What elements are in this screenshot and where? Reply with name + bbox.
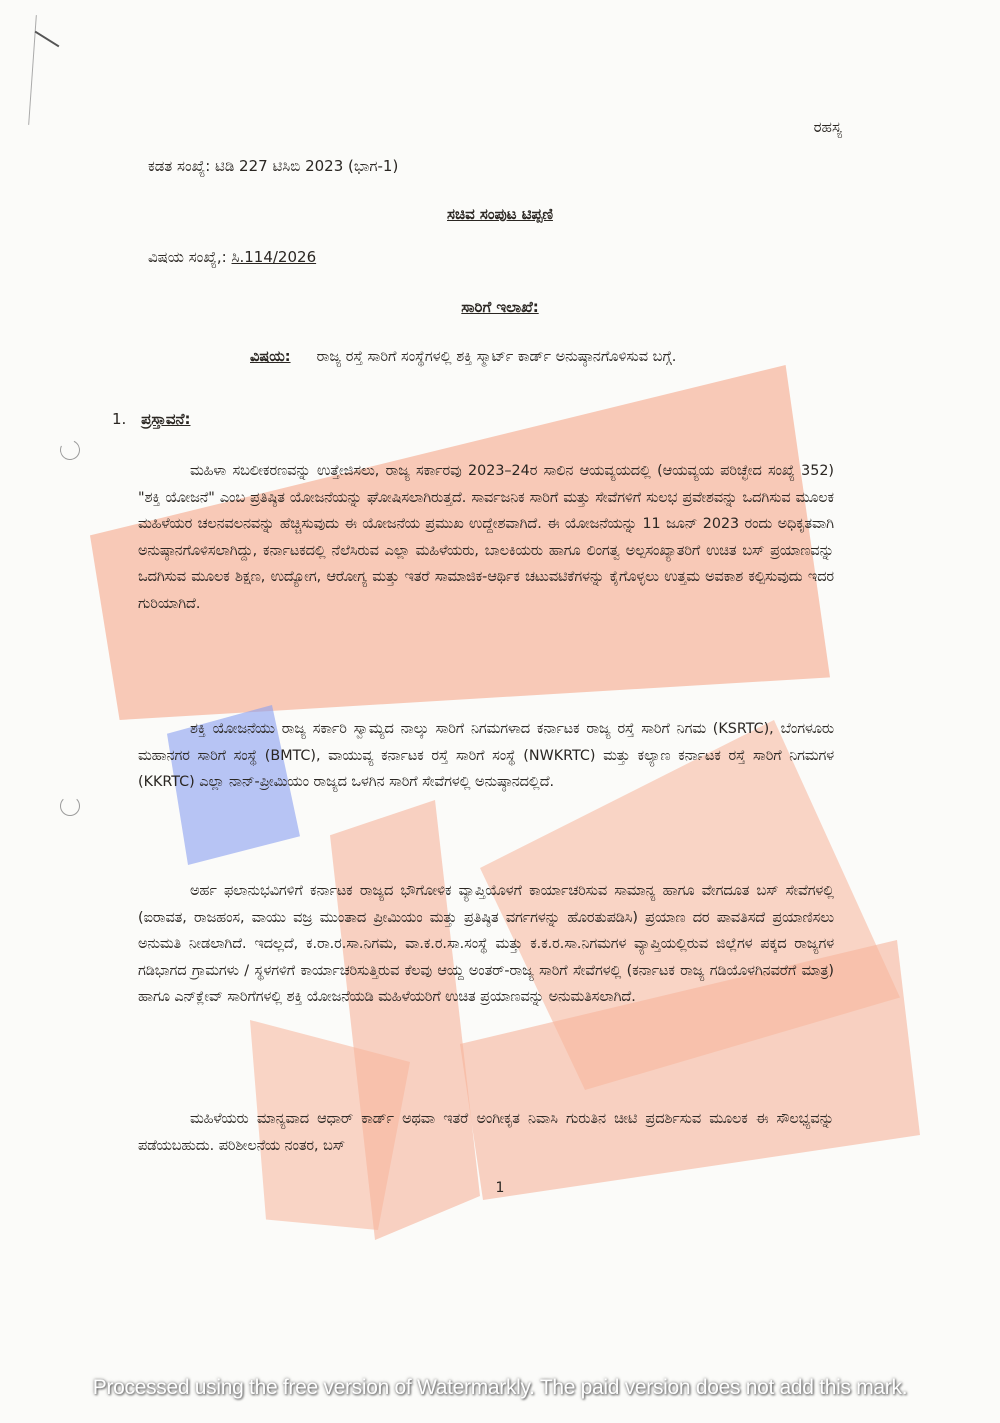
paragraph: ಶಕ್ತಿ ಯೋಜನೆಯು ರಾಜ್ಯ ಸರ್ಕಾರಿ ಸ್ವಾಮ್ಯದ ನಾಲ… [138,716,834,796]
page-number: 1 [0,1180,1000,1196]
punch-hole [57,437,83,463]
file-number: ಕಡತ ಸಂಖ್ಯೆ: ಟಿಡಿ 227 ಟಿಸಿಬಿ 2023 (ಭಾಗ-1) [148,157,398,175]
department-heading: ಸಾರಿಗೆ ಇಲಾಖೆ: [0,298,1000,316]
paragraph: ಮಹಿಳಾ ಸಬಲೀಕರಣವನ್ನು ಉತ್ತೇಜಿಸಲು, ರಾಜ್ಯ ಸರ್… [138,458,834,617]
paragraph: ಮಹಿಳೆಯರು ಮಾನ್ಯವಾದ ಆಧಾರ್ ಕಾರ್ಡ್ ಅಥವಾ ಇತರೆ… [138,1106,834,1159]
subject-line: ವಿಷಯ: ರಾಜ್ಯ ರಸ್ತೆ ಸಾರಿಗೆ ಸಂಸ್ಥೆಗಳಲ್ಲಿ ಶಕ… [250,344,750,370]
page-title: ಸಚಿವ ಸಂಪುಟ ಟಿಪ್ಪಣಿ [0,205,1000,223]
subject-text: ರಾಜ್ಯ ರಸ್ತೆ ಸಾರಿಗೆ ಸಂಸ್ಥೆಗಳಲ್ಲಿ ಶಕ್ತಿ ಸ್… [317,344,737,370]
staple-mark [35,31,60,48]
document-page: ರಹಸ್ಯ ಕಡತ ಸಂಖ್ಯೆ: ಟಿಡಿ 227 ಟಿಸಿಬಿ 2023 (… [0,0,1000,1423]
section-title: ಪ್ರಸ್ತಾವನೆ: [141,410,190,428]
paragraph: ಅರ್ಹ ಫಲಾನುಭವಿಗಳಿಗೆ ಕರ್ನಾಟಕ ರಾಜ್ಯದ ಭೌಗೋಳಿ… [138,878,834,1011]
subject-number: ವಿಷಯ ಸಂಖ್ಯೆ,: ಸಿ.114/2026 [148,248,316,266]
section-heading: 1. ಪ್ರಸ್ತಾವನೆ: [112,410,190,428]
subject-number-value: ಸಿ.114/2026 [232,248,317,266]
subject-label: ವಿಷಯ: [250,344,312,370]
classification-label: ರಹಸ್ಯ [814,118,842,136]
subject-number-label: ವಿಷಯ ಸಂಖ್ಯೆ,: [148,248,227,266]
section-number: 1. [112,410,126,428]
watermark-text: Processed using the free version of Wate… [0,1376,1000,1400]
highlight-overlay-orange [330,800,480,1240]
punch-hole [60,796,80,816]
